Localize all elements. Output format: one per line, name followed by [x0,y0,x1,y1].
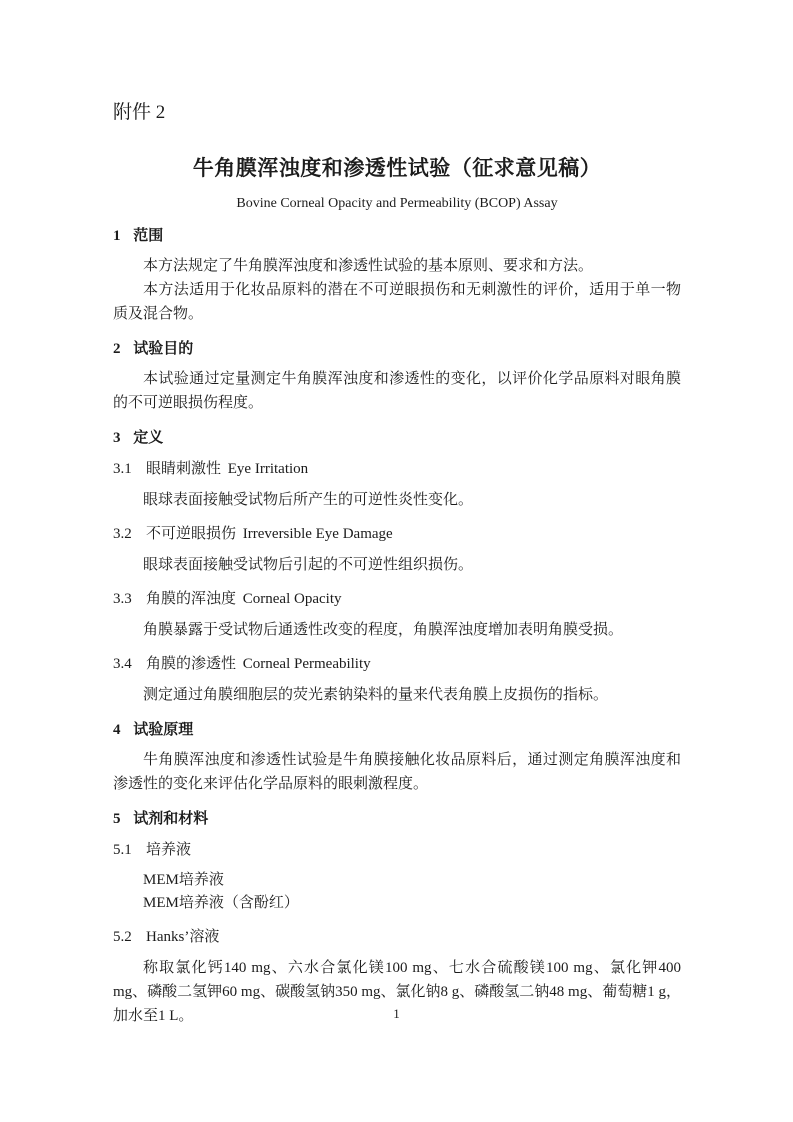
body-paragraph: 测定通过角膜细胞层的荧光素钠染料的量来代表角膜上皮损伤的指标。 [113,683,681,707]
section-number: 4 [113,722,121,738]
section-heading: 5试剂和材料 [113,810,681,828]
subsection-title-en: Corneal Permeability [243,656,371,672]
body-paragraph: 本方法规定了牛角膜浑浊度和渗透性试验的基本原则、要求和方法。 [113,254,681,278]
section-number: 1 [113,228,121,244]
subsection-heading: 5.1培养液 [113,840,681,860]
subsection-number: 3.3 [113,591,132,607]
section-title: 试验目的 [133,340,193,357]
subsection-heading: 5.2Hanks’溶液 [113,927,681,947]
document-title: 牛角膜浑浊度和渗透性试验（征求意见稿） [113,154,681,184]
body-line: MEM培养液（含酚红） [113,892,681,915]
subsection-heading: 3.3角膜的浑浊度Corneal Opacity [113,589,681,609]
subsection-title-zh: 不可逆眼损伤 [146,526,236,542]
page-number: 1 [0,1006,793,1022]
subsection-title-en: Eye Irritation [228,461,308,477]
section-heading: 2试验目的 [113,340,681,358]
subsection-heading: 3.1眼睛刺激性Eye Irritation [113,459,681,479]
document-body: 1范围本方法规定了牛角膜浑浊度和渗透性试验的基本原则、要求和方法。本方法适用于化… [113,227,681,1028]
section-heading: 4试验原理 [113,721,681,739]
section-title: 范围 [133,227,163,244]
body-paragraph: 本试验通过定量测定牛角膜浑浊度和渗透性的变化，以评价化学品原料对眼角膜的不可逆眼… [113,367,681,415]
body-paragraph: 牛角膜浑浊度和渗透性试验是牛角膜接触化妆品原料后，通过测定角膜浑浊度和渗透性的变… [113,748,681,796]
subsection-title-zh: 角膜的渗透性 [146,656,236,672]
body-paragraph: 本方法适用于化妆品原料的潜在不可逆眼损伤和无刺激性的评价，适用于单一物质及混合物… [113,278,681,326]
subsection-number: 3.2 [113,526,132,542]
subsection-heading: 3.2不可逆眼损伤Irreversible Eye Damage [113,524,681,544]
section-heading: 1范围 [113,227,681,245]
body-paragraph: 角膜暴露于受试物后通透性改变的程度，角膜浑浊度增加表明角膜受损。 [113,618,681,642]
document-subtitle-en: Bovine Corneal Opacity and Permeability … [113,195,681,213]
attachment-label: 附件 2 [113,100,681,126]
body-paragraph: 眼球表面接触受试物后所产生的可逆性炎性变化。 [113,488,681,512]
section-title: 定义 [133,429,163,446]
subsection-number: 5.1 [113,842,132,858]
subsection-title-zh: 角膜的浑浊度 [146,591,236,607]
section-number: 2 [113,341,121,357]
subsection-title-zh: 培养液 [146,842,191,858]
section-title: 试剂和材料 [133,810,208,827]
body-line: MEM培养液 [113,869,681,892]
subsection-title-zh: Hanks’溶液 [146,929,219,945]
subsection-number: 3.1 [113,461,132,477]
document-page: 附件 2 牛角膜浑浊度和渗透性试验（征求意见稿） Bovine Corneal … [0,0,793,1122]
section-title: 试验原理 [133,721,193,738]
subsection-title-en: Corneal Opacity [243,591,342,607]
section-number: 5 [113,811,121,827]
subsection-number: 3.4 [113,656,132,672]
subsection-title-en: Irreversible Eye Damage [243,526,393,542]
section-number: 3 [113,430,121,446]
body-paragraph: 眼球表面接触受试物后引起的不可逆性组织损伤。 [113,553,681,577]
section-heading: 3定义 [113,429,681,447]
subsection-number: 5.2 [113,929,132,945]
subsection-heading: 3.4角膜的渗透性Corneal Permeability [113,654,681,674]
subsection-title-zh: 眼睛刺激性 [146,461,221,477]
